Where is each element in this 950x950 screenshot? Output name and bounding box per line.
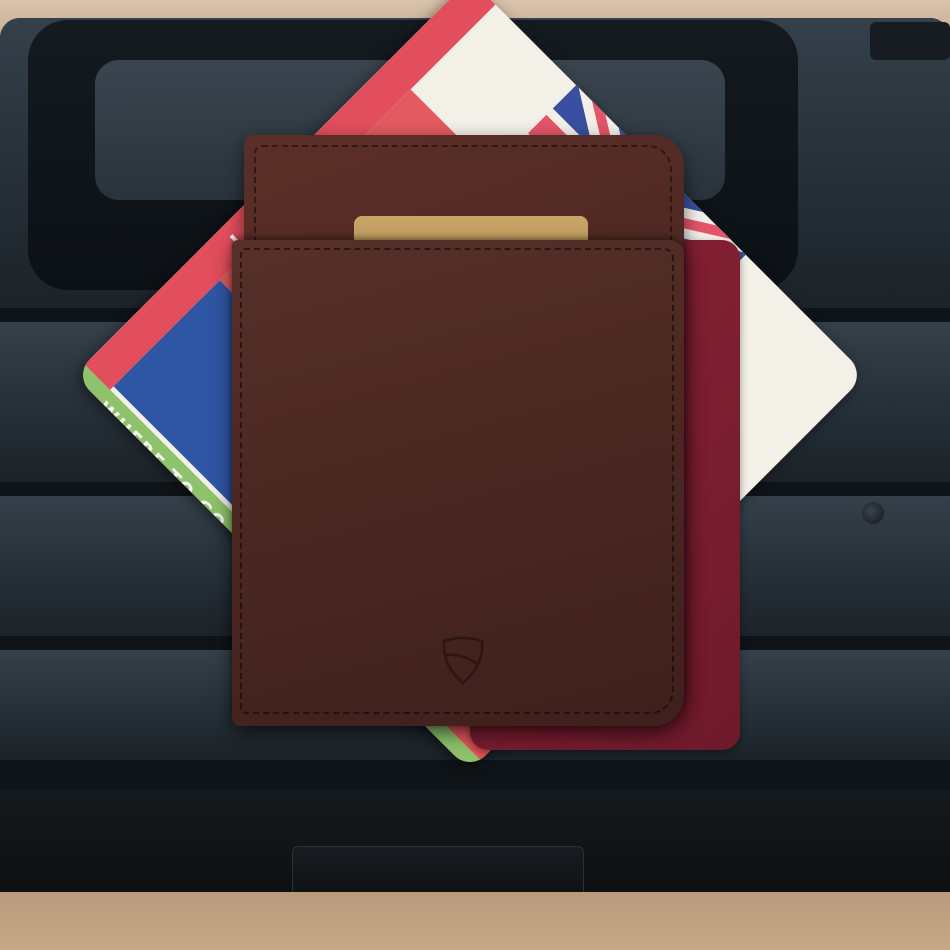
shield-icon <box>440 635 486 685</box>
table-surface-bottom <box>0 892 950 950</box>
suitcase-latch <box>870 22 950 60</box>
screw-icon <box>862 502 884 524</box>
